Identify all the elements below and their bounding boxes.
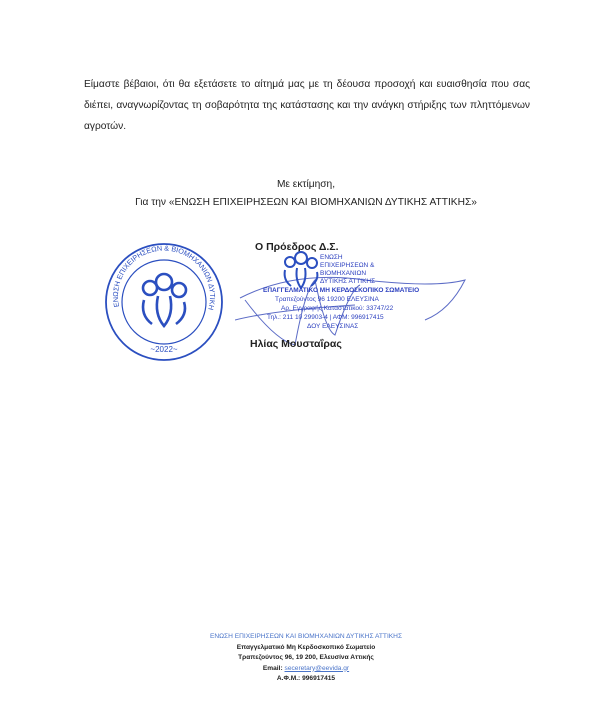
- closing-regards: Με εκτίμηση,: [0, 179, 612, 190]
- seal-year: ~2022~: [150, 345, 177, 354]
- footer-email-link[interactable]: seceretary@eevida.gr: [285, 665, 350, 672]
- organization-stamp: ΕΝΩΣΗ ΕΠΙΧΕΙΡΗΣΕΩΝ & ΒΙΟΜΗΧΑΝΙΩΝ ΔΥΤΙΚΗΣ…: [235, 250, 475, 350]
- people-logo-icon: [143, 274, 186, 326]
- closing-for-org: Για την «ΕΝΩΣΗ ΕΠΙΧΕΙΡΗΣΕΩΝ ΚΑΙ ΒΙΟΜΗΧΑΝ…: [0, 197, 612, 208]
- signatory-name: Ηλίας Μουσταΐρας: [250, 338, 342, 350]
- organization-seal: ΕΝΩΣΗ ΕΠΙΧΕΙΡΗΣΕΩΝ & ΒΙΟΜΗΧΑΝΙΩΝ ΔΥΤΙΚΗΣ…: [100, 240, 228, 364]
- footer-email-label: Email:: [263, 665, 283, 672]
- letterhead-footer: ΕΝΩΣΗ ΕΠΙΧΕΙΡΗΣΕΩΝ ΚΑΙ ΒΙΟΜΗΧΑΝΙΩΝ ΔΥΤΙΚ…: [0, 632, 612, 685]
- footer-org-name: ΕΝΩΣΗ ΕΠΙΧΕΙΡΗΣΕΩΝ ΚΑΙ ΒΙΟΜΗΧΑΝΙΩΝ ΔΥΤΙΚ…: [0, 632, 612, 643]
- footer-afm: Α.Φ.Μ.: 996917415: [0, 674, 612, 685]
- letter-paragraph: Είμαστε βέβαιοι, ότι θα εξετάσετε το αίτ…: [84, 74, 530, 137]
- footer-org-type: Επαγγελματικό Μη Κερδοσκοπικό Σωματείο: [0, 643, 612, 654]
- footer-email-line: Email: seceretary@eevida.gr: [0, 664, 612, 675]
- footer-address: Τραπεζούντος 96, 19 200, Ελευσίνα Αττική…: [0, 653, 612, 664]
